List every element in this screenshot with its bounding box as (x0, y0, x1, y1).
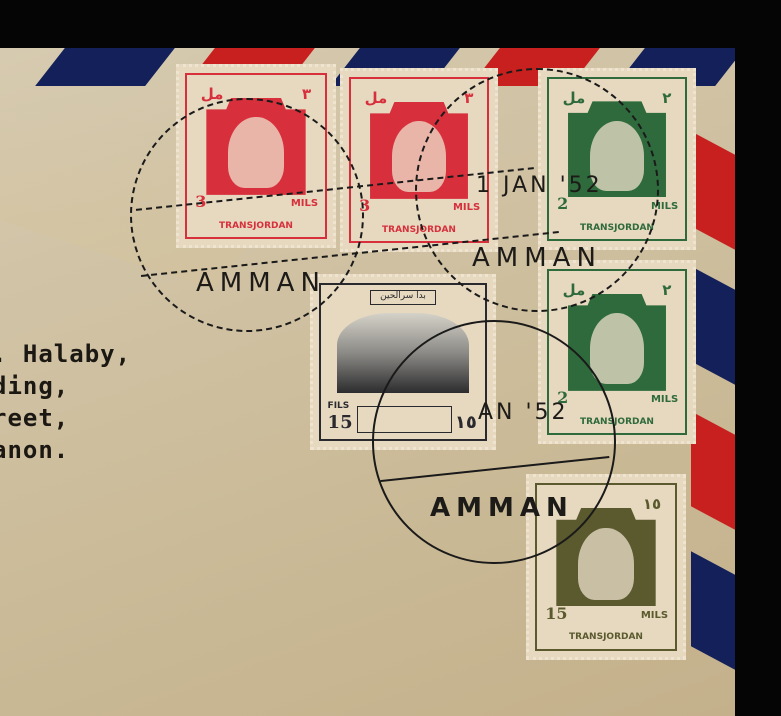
airmail-stripe (35, 48, 175, 86)
stamp-unit: FILS (328, 401, 350, 411)
stamp-value: 15 (328, 412, 353, 433)
stamp-arabic-value: ٢ (662, 89, 671, 107)
address-line: ding, (0, 370, 131, 402)
stamp-arabic-value: ٣ (302, 85, 311, 103)
stamp-top-text: بدا سرالحين (370, 290, 436, 306)
stamp-arabic-value: ٢ (662, 281, 671, 299)
address-line: reet, (0, 402, 131, 434)
airmail-stripe (691, 551, 735, 669)
envelope: . Halaby,ding,reet,anon. مل ٣ 3 MILS TRA… (0, 48, 735, 716)
airmail-stripe (691, 266, 735, 384)
airmail-stripe (691, 131, 735, 249)
postmark-date: 1 JAN '52 (476, 173, 603, 198)
postmark-city: AMMAN (430, 493, 574, 523)
address-line: . Halaby, (0, 338, 131, 370)
airmail-stripe (691, 411, 735, 529)
address-line: anon. (0, 434, 131, 466)
postmark-date: AN '52 (478, 400, 569, 425)
postmark-circle (372, 320, 616, 564)
stamp-country: TRANSJORDAN (537, 632, 675, 642)
recipient-address: . Halaby,ding,reet,anon. (0, 338, 131, 466)
stamp-unit: MILS (641, 610, 668, 621)
postmark-city: AMMAN (472, 243, 602, 273)
stamp-value: 15 (545, 604, 567, 623)
stamp-unit: MILS (651, 394, 678, 405)
stamp-arabic-value: ١٥ (643, 495, 661, 513)
stamp-arabic-unit: مل (365, 89, 388, 107)
postmark-city: AMMAN (196, 268, 326, 298)
